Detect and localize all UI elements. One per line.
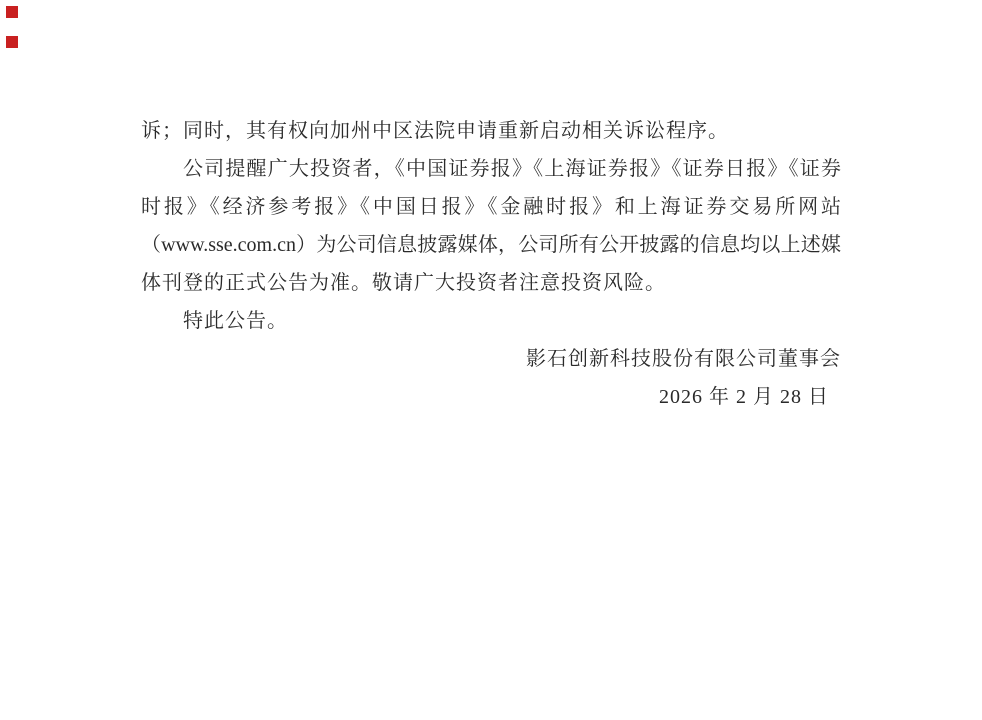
body-line: 体刊登的正式公告为准。敬请广大投资者注意投资风险。 bbox=[141, 264, 841, 302]
red-annotation-mark bbox=[6, 6, 18, 18]
body-line: （www.sse.com.cn）为公司信息披露媒体，公司所有公开披露的信息均以上… bbox=[141, 226, 841, 264]
announcement-page: 诉；同时，其有权向加州中区法院申请重新启动相关诉讼程序。 公司提醒广大投资者，《… bbox=[0, 0, 982, 720]
announcement-body: 诉；同时，其有权向加州中区法院申请重新启动相关诉讼程序。 公司提醒广大投资者，《… bbox=[141, 112, 841, 416]
date-line: 2026 年 2 月 28 日 bbox=[141, 378, 841, 416]
signature-line: 影石创新科技股份有限公司董事会 bbox=[141, 340, 841, 378]
closing-statement: 特此公告。 bbox=[141, 302, 841, 340]
body-line: 公司提醒广大投资者，《中国证券报》《上海证券报》《证券日报》《证券 bbox=[141, 150, 841, 188]
red-annotation-mark bbox=[6, 36, 18, 48]
body-line: 时报》《经济参考报》《中国日报》《金融时报》和上海证券交易所网站 bbox=[141, 188, 841, 226]
body-line-continuation: 诉；同时，其有权向加州中区法院申请重新启动相关诉讼程序。 bbox=[141, 112, 841, 150]
